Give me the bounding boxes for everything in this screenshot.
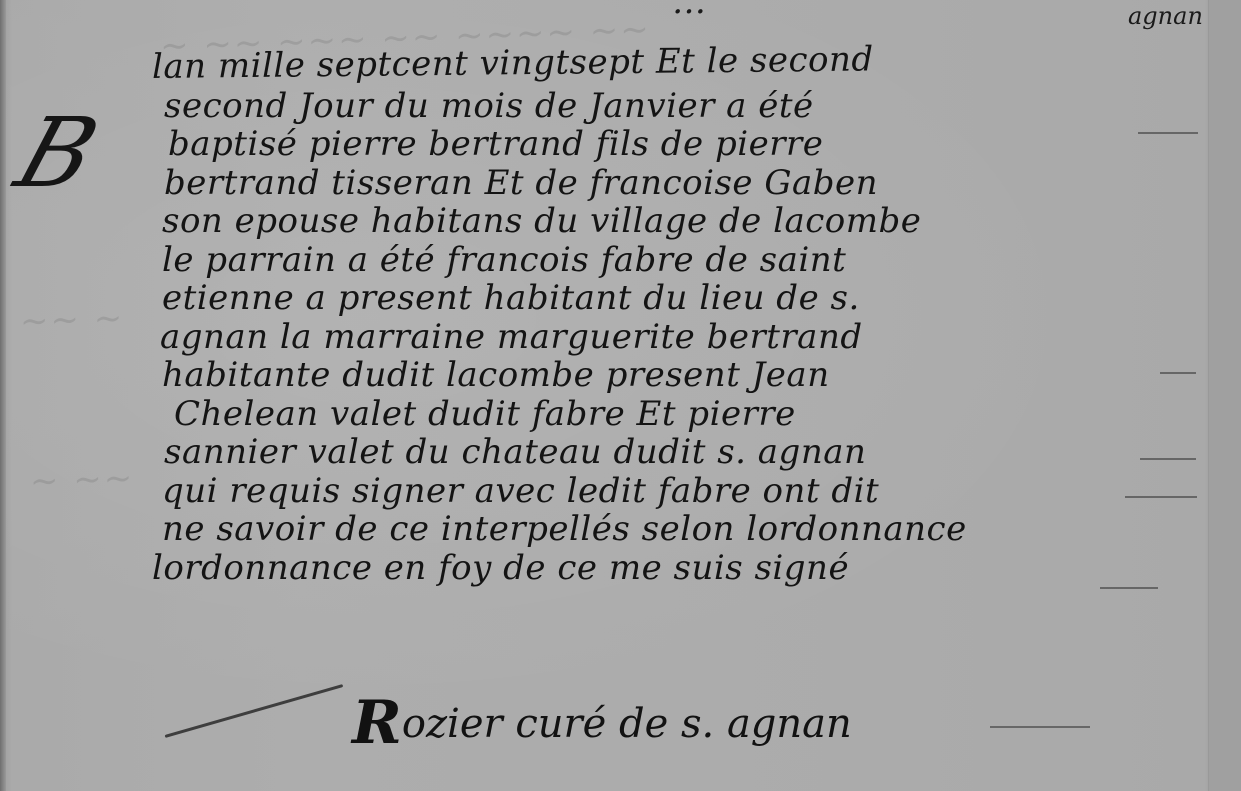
record-line: le parrain a été francois fabre de saint bbox=[152, 241, 1212, 280]
previous-entry-fragment-end: agnan bbox=[1128, 2, 1203, 30]
record-line: sannier valet du chateau dudit s. agnan bbox=[152, 433, 1212, 472]
line-fill-dash bbox=[1160, 372, 1196, 374]
record-line: ne savoir de ce interpellés selon lordon… bbox=[152, 510, 1212, 549]
record-line: son epouse habitans du village de lacomb… bbox=[152, 202, 1212, 241]
bleed-through-text: ~ ~~ bbox=[29, 458, 135, 502]
line-fill-dash bbox=[1140, 458, 1196, 460]
line-fill-dash bbox=[1125, 496, 1197, 498]
page-right-margin bbox=[1208, 0, 1241, 791]
record-line: qui requis signer avec ledit fabre ont d… bbox=[152, 472, 1212, 511]
line-fill-dash bbox=[1100, 587, 1158, 589]
margin-baptism-mark: B bbox=[6, 105, 108, 201]
record-line: habitante dudit lacombe present Jean bbox=[152, 356, 1212, 395]
baptism-record: lan mille septcent vingtsept Et le secon… bbox=[152, 48, 1212, 587]
signature-text: ozier curé de s. agnan bbox=[402, 701, 852, 747]
record-line: lordonnance en foy de ce me suis signé bbox=[152, 549, 1212, 588]
line-fill-dash bbox=[990, 726, 1090, 728]
record-line: etienne a present habitant du lieu de s. bbox=[152, 279, 1212, 318]
bleed-through-text: ~~ ~ bbox=[19, 298, 125, 342]
line-fill-dash bbox=[1138, 132, 1198, 134]
record-line: lan mille septcent vingtsept Et le secon… bbox=[152, 37, 1212, 87]
record-line: Chelean valet dudit fabre Et pierre bbox=[152, 395, 1212, 434]
record-line: bertrand tisseran Et de francoise Gaben bbox=[152, 164, 1212, 203]
record-line: second Jour du mois de Janvier a été bbox=[152, 87, 1212, 126]
page-left-edge bbox=[0, 0, 6, 791]
document-scan: ~ ~~ ~~~ ~~ ~~~~ ~~ ~~ ~ ~ ~~ … agnan B … bbox=[0, 0, 1241, 791]
record-line: agnan la marraine marguerite bertrand bbox=[152, 318, 1212, 357]
signature-initial: R bbox=[352, 688, 402, 758]
previous-entry-fragment: … bbox=[672, 0, 707, 22]
record-line: baptisé pierre bertrand fils de pierre bbox=[152, 125, 1212, 164]
signature-flourish bbox=[165, 684, 344, 738]
priest-signature: Rozier curé de s. agnan bbox=[352, 688, 852, 758]
